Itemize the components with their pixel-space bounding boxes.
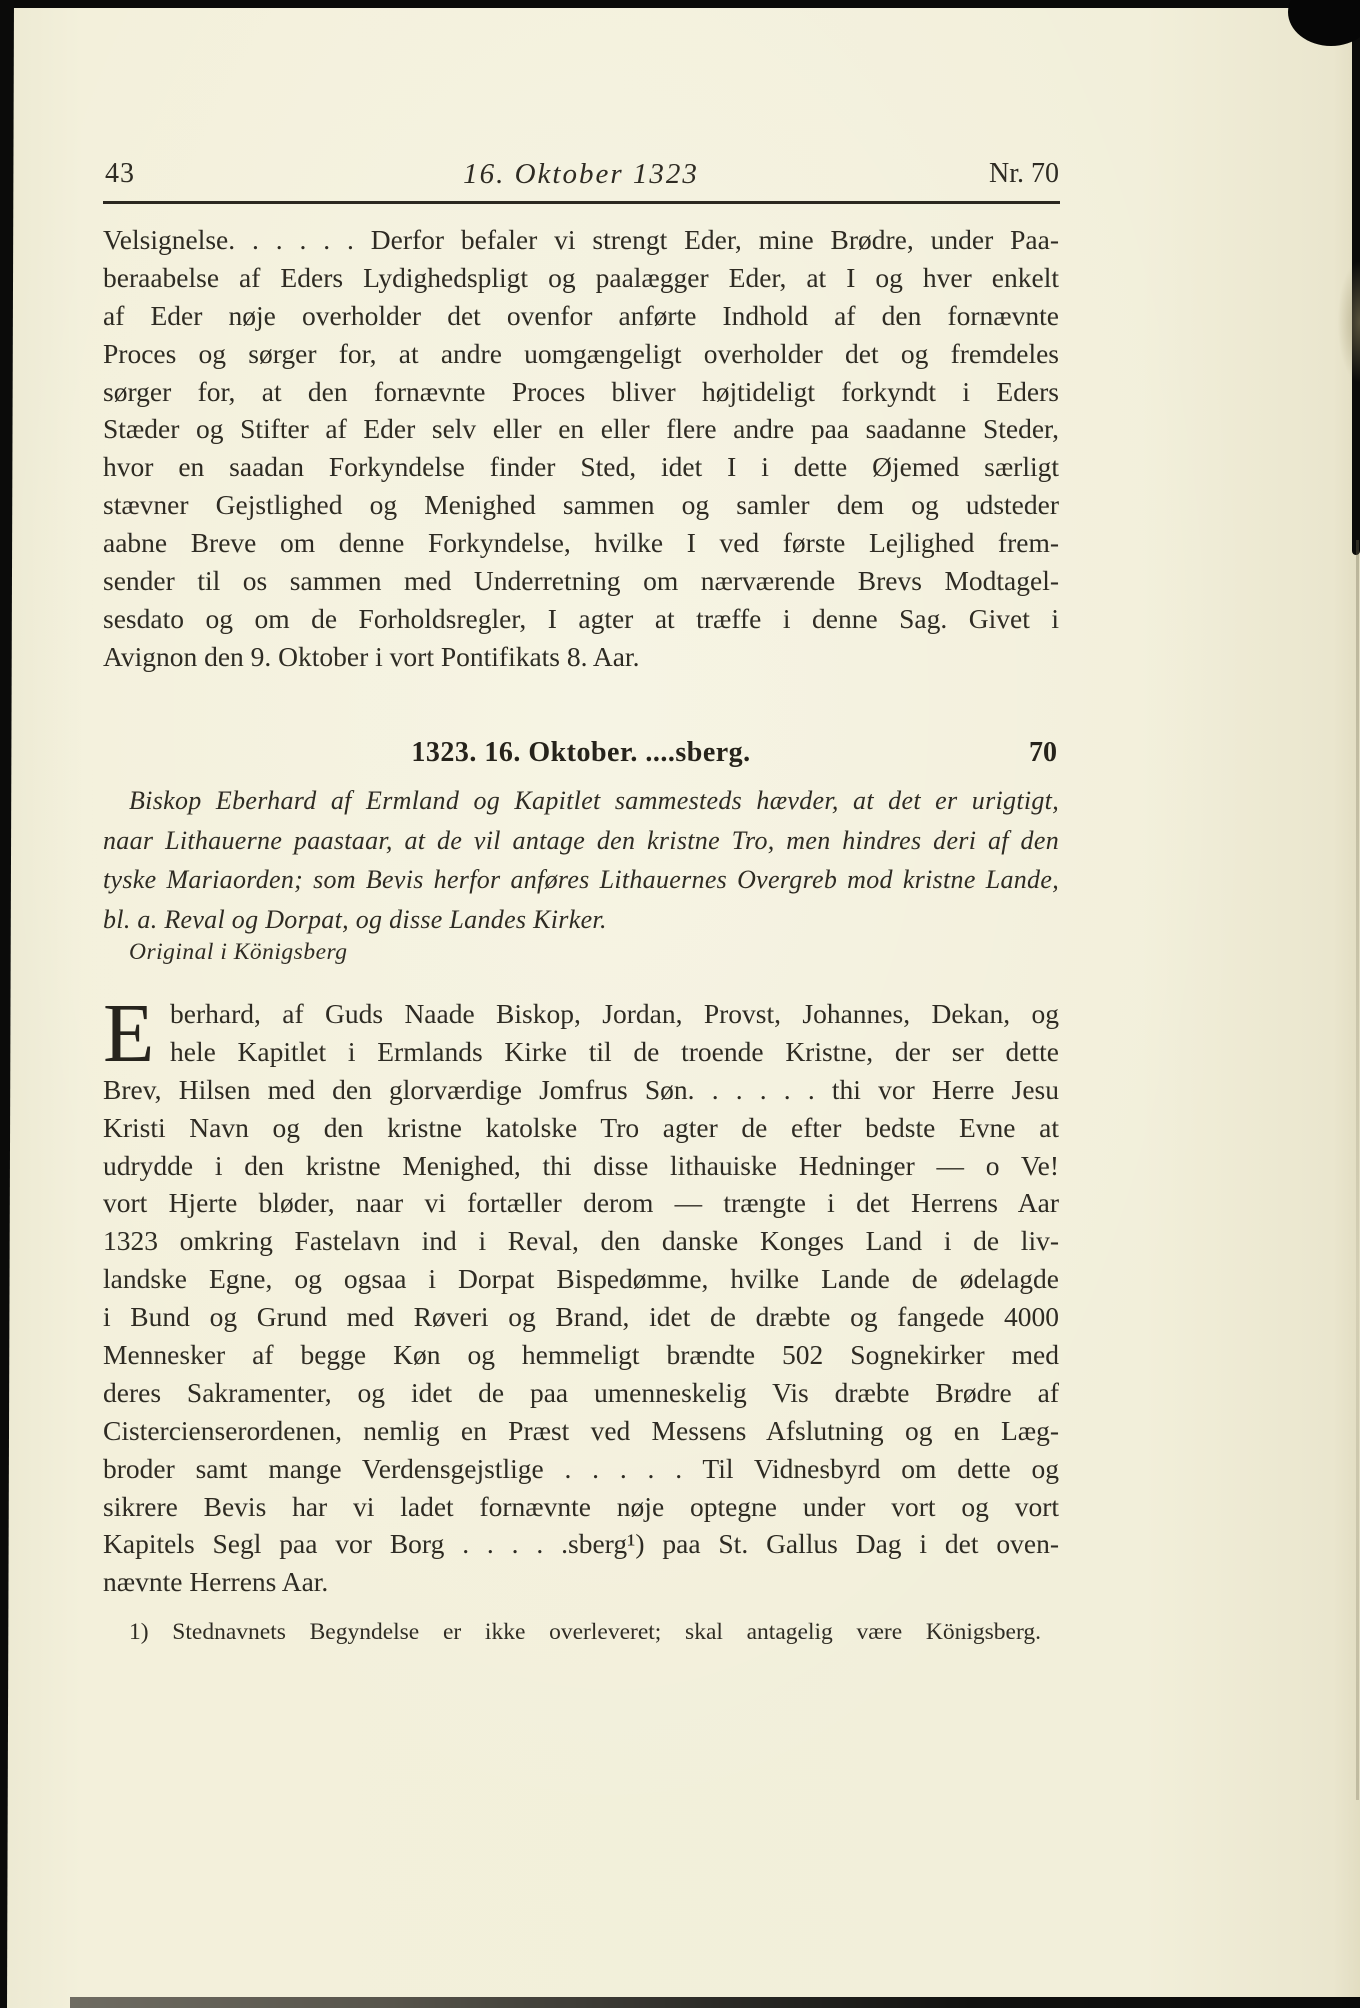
text-line: hvor en saadan Forkyndelse finder Sted, … [103,448,1059,486]
body-line: sikrere Bevis har vi ladet fornævnte nøj… [103,1488,1059,1526]
page-edge-shading [1356,540,1359,1800]
running-title: 16. Oktober 1323 [103,158,1059,191]
body-line: 1323 omkring Fastelavn ind i Reval, den … [103,1222,1059,1260]
body-line: Kapitels Segl paa vor Borg . . . . .sber… [103,1525,1059,1563]
page-curl-shadow [1338,262,1360,382]
body-line: vort Hjerte bløder, naar vi fortæller de… [103,1184,1059,1222]
scan-edge-bottom [70,1997,1360,2008]
entry-heading-date: 1323. 16. Oktober. ....sberg. [103,737,1059,769]
body-line: broder samt mange Verdensgejstlige . . .… [103,1450,1059,1488]
body-line: Kristi Navn og den kristne katolske Tro … [103,1109,1059,1147]
text-line: aabne Breve om denne Forkyndelse, hvilke… [103,524,1059,562]
body-line: Mennesker af begge Køn og hemmeligt bræn… [103,1336,1059,1374]
page-header: 43 16. Oktober 1323 Nr. 70 [103,158,1059,198]
scan-edge-top [0,0,1360,8]
text-line: Avignon den 9. Oktober i vort Pontifikat… [103,638,1059,676]
entry-heading-number: 70 [1029,737,1057,769]
text-line: Velsignelse. . . . . . Derfor befaler vi… [103,221,1059,259]
body-line: i Bund og Grund med Røveri og Brand, ide… [103,1298,1059,1336]
entry-summary: Biskop Eberhard af Ermland og Kapitlet s… [103,781,1059,939]
body-line: hele Kapitlet i Ermlands Kirke til de tr… [103,1033,1059,1071]
summary-line: tyske Mariaorden; som Bevis herfor anfør… [103,860,1059,900]
body-line: deres Sakramenter, og idet de paa umenne… [103,1374,1059,1412]
text-line: beraabelse af Eders Lydighedspligt og pa… [103,259,1059,297]
entry-heading: 1323. 16. Oktober. ....sberg. 70 [103,737,1059,777]
scan-corner-blob [1288,0,1360,46]
entry-body: berhard, af Guds Naade Biskop, Jordan, P… [103,995,1059,1601]
scanned-book-page: 43 16. Oktober 1323 Nr. 70 Velsignelse. … [0,0,1360,2008]
text-line: stævner Gejstlighed og Menighed sammen o… [103,486,1059,524]
document-number-header: Nr. 70 [989,158,1059,190]
header-rule [103,201,1060,204]
text-line: af Eder nøje overholder det ovenfor anfø… [103,297,1059,335]
text-line: sender til os sammen med Underretning om… [103,562,1059,600]
summary-line: naar Lithauerne paastaar, at de vil anta… [103,821,1059,861]
summary-line: bl. a. Reval og Dorpat, og disse Landes … [103,900,1059,940]
summary-line: Biskop Eberhard af Ermland og Kapitlet s… [103,781,1059,821]
text-line: Proces og sørger for, at andre uomgængel… [103,335,1059,373]
body-line: landske Egne, og ogsaa i Dorpat Bispedøm… [103,1260,1059,1298]
scan-edge-left [0,0,14,2008]
text-line: sesdato og om de Forholdsregler, I agter… [103,600,1059,638]
body-line: Brev, Hilsen med den glorværdige Jomfrus… [103,1071,1059,1109]
source-note: Original i Königsberg [103,939,1085,966]
footnote: 1) Stednavnets Begyndelse er ikke overle… [103,1616,1041,1648]
text-line: sørger for, at den fornævnte Proces bliv… [103,373,1059,411]
body-line: Cistercienserordenen, nemlig en Præst ve… [103,1412,1059,1450]
continuation-paragraph: Velsignelse. . . . . . Derfor befaler vi… [103,221,1059,676]
body-line: berhard, af Guds Naade Biskop, Jordan, P… [103,995,1059,1033]
text-line: Stæder og Stifter af Eder selv eller en … [103,410,1059,448]
body-line: udrydde i den kristne Menighed, thi diss… [103,1147,1059,1185]
body-line: nævnte Herrens Aar. [103,1563,1059,1601]
